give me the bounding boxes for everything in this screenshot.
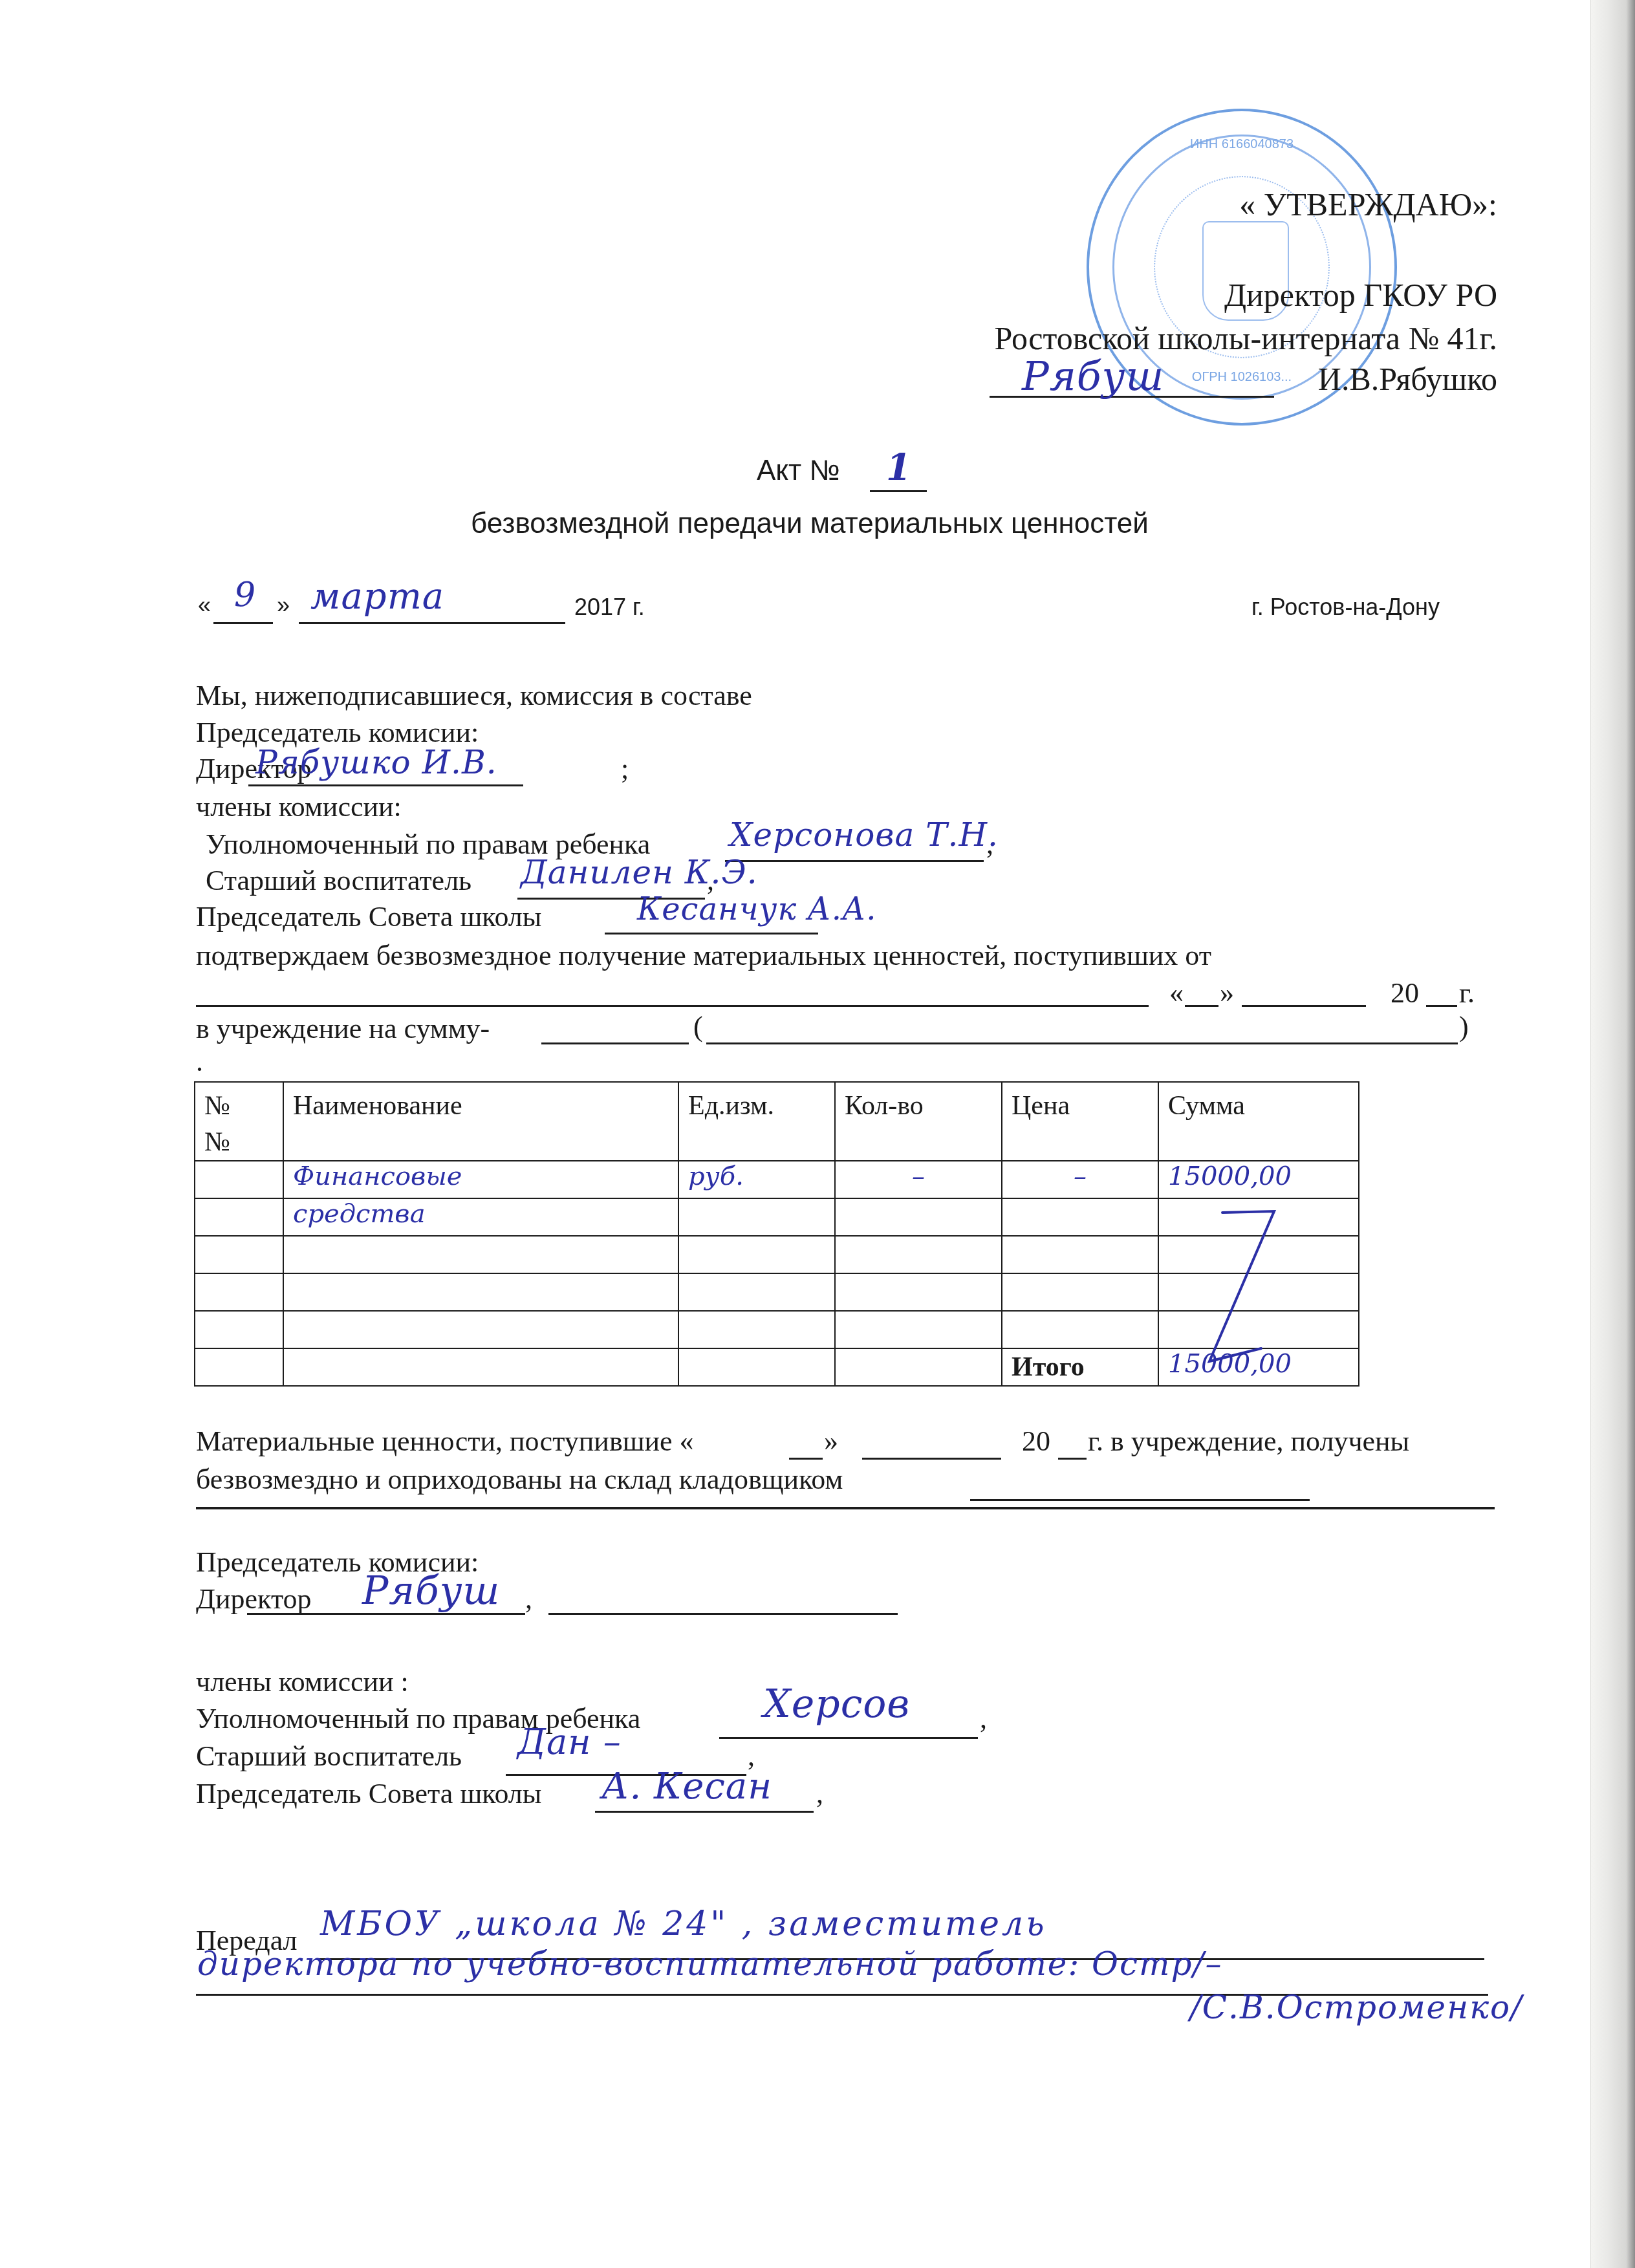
stamp-outer-text: ИНН 6166040873	[1089, 137, 1394, 152]
approval-position-line1: Директор ГКОУ РО	[1224, 278, 1497, 312]
header-name: Наименование	[283, 1082, 678, 1161]
from-month-line	[1242, 1005, 1366, 1007]
sig-director-signature: Рябуш	[362, 1568, 500, 1614]
day-line	[213, 622, 273, 624]
sig-line-ombudsman	[719, 1737, 978, 1739]
receipt-month-line	[862, 1458, 1001, 1460]
sig-council-chair: А. Кесан	[601, 1766, 772, 1808]
sig-director-comma: ,	[525, 1582, 532, 1616]
cell-no	[195, 1198, 283, 1236]
confirm-text: подтверждаем безвозмездное получение мат…	[196, 939, 1211, 973]
receipt-line1-d: г. в учреждение, получены	[1088, 1425, 1409, 1458]
date-day: 9	[234, 576, 256, 614]
member-name-ombudsman: Херсонова Т.Н.	[730, 816, 999, 854]
sig-role-senior-educator: Старший воспитатель	[196, 1740, 462, 1773]
cell-empty	[835, 1348, 1002, 1386]
sig-line-council-chair	[595, 1811, 814, 1813]
approval-name: И.В.Рябушко	[1318, 362, 1497, 396]
header-sum: Сумма	[1158, 1082, 1359, 1161]
sum-words-line	[706, 1042, 1458, 1044]
member-role-senior-educator: Старший воспитатель	[206, 864, 471, 898]
header-unit: Ед.изм.	[678, 1082, 835, 1161]
total-label: Итого	[1002, 1348, 1158, 1386]
act-number-line	[870, 490, 927, 492]
receipt-line2: безвозмездно и оприходованы на склад кла…	[196, 1463, 843, 1496]
table-header-row: №№ Наименование Ед.изм. Кол-во Цена Сумм…	[195, 1082, 1359, 1161]
approval-heading: « УТВЕРЖДАЮ»:	[1239, 188, 1497, 221]
cell-price	[1002, 1236, 1158, 1273]
cell-empty	[195, 1348, 283, 1386]
sig-role-council-chair: Председатель Совета школы	[196, 1777, 541, 1811]
from-source-line	[196, 1005, 1149, 1007]
sig-ombudsman: Херсов	[763, 1681, 910, 1727]
from-year-prefix: 20	[1391, 977, 1419, 1010]
member-line-council-chair	[605, 933, 818, 934]
act-label: Акт №	[757, 455, 840, 487]
cell-qty	[835, 1273, 1002, 1311]
transfer-line1: МБОУ „школа № 24" , заместитель	[320, 1905, 1046, 1943]
member-name-council-chair: Кесанчук А.А.	[637, 891, 877, 927]
from-date-close-quote: »	[1220, 977, 1234, 1010]
director-name-line	[248, 784, 523, 786]
header-qty: Кол-во	[835, 1082, 1002, 1161]
sig-suffix-ombudsman: ,	[980, 1702, 987, 1736]
cell-price	[1002, 1311, 1158, 1348]
member-line-ombudsman	[725, 860, 984, 862]
cell-unit	[678, 1236, 835, 1273]
act-subtitle: безвозмездной передачи материальных ценн…	[471, 508, 1149, 540]
member-suffix-ombudsman: ,	[986, 828, 993, 861]
receipt-year-prefix: 20	[1022, 1425, 1050, 1458]
sum-paren-close: )	[1459, 1010, 1469, 1044]
transfer-signatory: /С.В.Остроменко/	[1190, 1989, 1523, 2026]
approval-position-line2: Ростовской школы-интерната № 41г.	[995, 321, 1497, 355]
trailing-dot: .	[196, 1045, 203, 1079]
date-open-quote: «	[198, 592, 211, 619]
act-number: 1	[886, 446, 912, 489]
from-year-line	[1426, 1005, 1457, 1007]
sig-senior-educator: Дан –	[517, 1722, 622, 1762]
cell-name	[283, 1236, 678, 1273]
sig-suffix-council-chair: ,	[816, 1777, 823, 1811]
table-row: Финансовые руб. – – 15000,00	[195, 1161, 1359, 1198]
cell-no	[195, 1273, 283, 1311]
approval-signature: Рябуш	[1022, 352, 1164, 400]
cell-no	[195, 1311, 283, 1348]
sig-director-name-line	[548, 1613, 898, 1615]
director-suffix: ;	[621, 752, 629, 786]
cell-no	[195, 1236, 283, 1273]
cell-name	[283, 1273, 678, 1311]
cell-sum: 15000,00	[1158, 1161, 1359, 1198]
from-day-line	[1185, 1005, 1218, 1007]
cell-qty	[835, 1236, 1002, 1273]
from-year-suffix: г.	[1459, 977, 1475, 1010]
cell-price	[1002, 1198, 1158, 1236]
cell-name: средства	[283, 1198, 678, 1236]
scan-edge-shadow	[1590, 0, 1635, 2268]
cell-no	[195, 1161, 283, 1198]
cell-qty	[835, 1198, 1002, 1236]
transfer-line2: директора по учебно-воспитательной работ…	[197, 1945, 1222, 1983]
sum-value-line	[541, 1042, 689, 1044]
cell-empty	[283, 1348, 678, 1386]
director-name: Рябушко И.В.	[255, 744, 497, 781]
header-price: Цена	[1002, 1082, 1158, 1161]
sig-members-label: члены комиссии :	[196, 1665, 409, 1699]
cell-qty: –	[835, 1161, 1002, 1198]
cell-unit	[678, 1311, 835, 1348]
receipt-year-line	[1058, 1458, 1087, 1460]
date-month: марта	[310, 576, 444, 618]
month-line	[299, 622, 565, 624]
cell-price: –	[1002, 1161, 1158, 1198]
member-role-council-chair: Председатель Совета школы	[196, 900, 541, 934]
cell-empty	[678, 1348, 835, 1386]
header-no: №№	[195, 1082, 283, 1161]
date-close-quote: »	[277, 592, 290, 619]
sig-director-label: Директор	[196, 1582, 312, 1616]
receipt-line1-b: »	[824, 1425, 838, 1458]
cell-name	[283, 1311, 678, 1348]
cell-qty	[835, 1311, 1002, 1348]
city: г. Ростов-на-Дону	[1251, 594, 1440, 621]
cell-unit	[678, 1273, 835, 1311]
from-date-open-quote: «	[1169, 977, 1184, 1010]
cell-unit	[678, 1198, 835, 1236]
cell-unit: руб.	[678, 1161, 835, 1198]
members-label: члены комиссии:	[196, 790, 402, 824]
receipt-rule	[196, 1507, 1495, 1509]
sum-paren-open: (	[693, 1010, 703, 1044]
sum-label: в учреждение на сумму-	[196, 1012, 490, 1046]
member-name-senior-educator: Данилен К.Э.	[521, 854, 758, 891]
cell-price	[1002, 1273, 1158, 1311]
z-strike-mark	[1164, 1200, 1358, 1387]
receipt-line1-a: Материальные ценности, поступившие «	[196, 1425, 694, 1458]
receipt-day-line	[789, 1458, 823, 1460]
cell-name: Финансовые	[283, 1161, 678, 1198]
commission-intro: Мы, нижеподписавшиеся, комиссия в состав…	[196, 679, 752, 713]
storekeeper-line	[970, 1499, 1310, 1501]
date-year: 2017 г.	[574, 594, 645, 621]
